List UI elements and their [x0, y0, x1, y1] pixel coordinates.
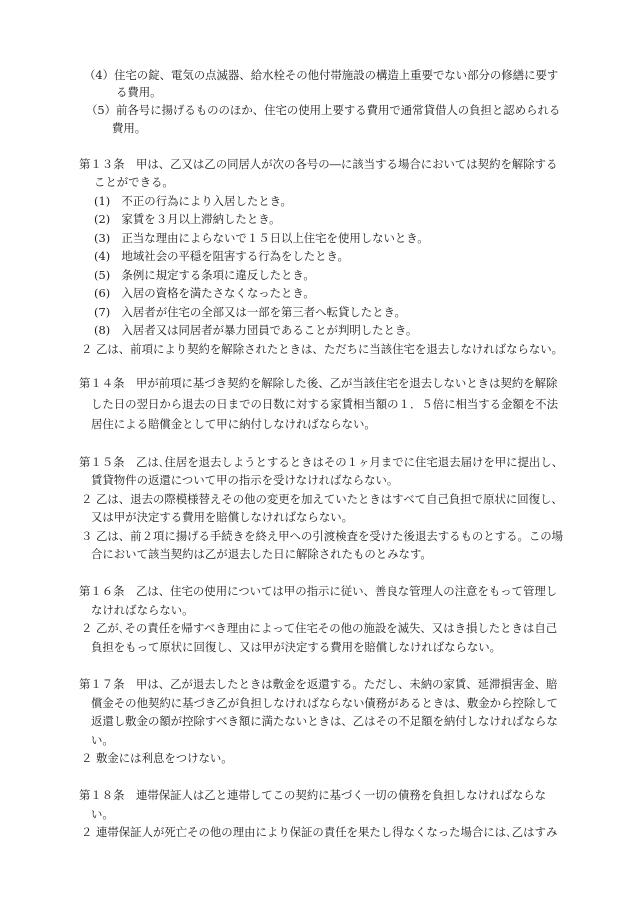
article-15-para-3-line-2: 合において該当契約は乙が退去した日に解除されたものとみなす。 [91, 547, 432, 561]
article-17-para-2: ２ 敷金には利息をつけない。 [81, 751, 233, 765]
article-13-item-2: (2) 家賃を３月以上滞納したとき。 [94, 212, 281, 226]
article-15-heading: 第１５条 乙は､住居を退去しようとするときはその１ヶ月までに住宅退去届けを甲に提… [79, 455, 563, 469]
article-13-item-8: (8) 入居者又は同居者が暴力団員であることが判明したとき。 [94, 323, 417, 337]
article-18-heading: 第１８条 連帯保証人は乙と連帯してこの契約に基づく一切の債務を負担しなければなら… [79, 788, 546, 802]
article-13-line-2: ことができる。 [94, 175, 174, 189]
cont-item-4-line-2: る費用。 [116, 85, 162, 99]
article-17-line-2: 償金その他契約に基づき乙が負担しなければならない債務があるときは、敷金から控除し… [91, 696, 558, 710]
article-16-para-2-line-2: 負担をもって原状に回復し、又は甲が決定する費用を賠償しなければならない。 [91, 640, 501, 654]
article-17-line-4: い。 [91, 733, 114, 747]
article-16-line-2: なければならない。 [91, 603, 194, 617]
article-15-para-3-line-1: ３ 乙は、前２項に揚げる手続きを終え甲への引渡検査を受けた後退去するものとする。… [81, 529, 563, 543]
article-15-line-2: 賃貸物件の返還について甲の指示を受けなければならない。 [91, 473, 398, 487]
cont-item-5-line-1: （5）前各号に揚げるもののほか、住宅の使用上要する費用で通常貸借人の負担と認めら… [86, 103, 560, 117]
article-14-heading: 第１４条 甲が前項に基づき契約を解除した後、乙が当該住宅を退去しないときは契約を… [79, 376, 557, 390]
article-13-heading: 第１３条 甲は、乙又は乙の同居人が次の各号の―に該当する場合においては契約を解除… [79, 157, 557, 171]
article-18-para-2-line-1: ２ 連帯保証人が死亡その他の理由により保証の責任を果たし得なくなった場合には､乙… [81, 825, 557, 839]
article-15-para-2-line-2: 又は甲が決定する費用を賠償しなければならない。 [91, 510, 353, 524]
article-13-item-4: (4) 地域社会の平穏を阻害する行為をしたとき。 [94, 249, 349, 263]
article-15-para-2-line-1: ２ 乙は、退去の際模様替えその他の変更を加えていたときはすべて自己負担で原状に回… [81, 492, 563, 506]
article-14-line-3: 居住による賠償金として甲に納付しなければならない。 [91, 417, 376, 431]
article-16-para-2-line-1: ２ 乙が､その責任を帰すべき理由によって住宅その他の施設を滅失、又はき損したとき… [81, 621, 557, 635]
article-13-item-6: (6) 入居の資格を満たさなくなったとき。 [94, 286, 315, 300]
article-13-item-5: (5) 条例に規定する条項に違反したとき。 [94, 268, 315, 282]
article-17-line-3: 返還し敷金の額が控除すべき額に満たないときは、乙はその不足額を納付しなければなら… [91, 714, 558, 728]
cont-item-5-line-2: 費用。 [112, 121, 146, 135]
article-17-heading: 第１７条 甲は、乙が退去したときは敷金を返還する。ただし、未納の家賃、延滞損害金… [79, 677, 557, 691]
article-14-line-2: した日の翌日から退去の日までの日数に対する家賃相当額の１．５倍に相当する金額を不… [91, 397, 558, 411]
article-18-line-2: い。 [91, 807, 114, 821]
cont-item-4-line-1: （4）住宅の錠、電気の点滅器、給水栓その他付帯施設の構造上重要でない部分の修繕に… [84, 68, 558, 82]
article-13-para-2: ２ 乙は、前項により契約を解除されたときは、ただちに当該住宅を退去しなければなら… [81, 342, 563, 356]
article-13-item-7: (7) 入居者が住宅の全部又は一部を第三者へ転貸したとき。 [94, 305, 406, 319]
article-13-item-1: (1) 不正の行為により入居したとき。 [94, 194, 292, 208]
article-13-item-3: (3) 正当な理由によらないで１５日以上住宅を使用しないとき。 [94, 231, 429, 245]
article-16-heading: 第１６条 乙は、住宅の使用については甲の指示に従い、善良な管理人の注意をもって管… [79, 584, 557, 598]
